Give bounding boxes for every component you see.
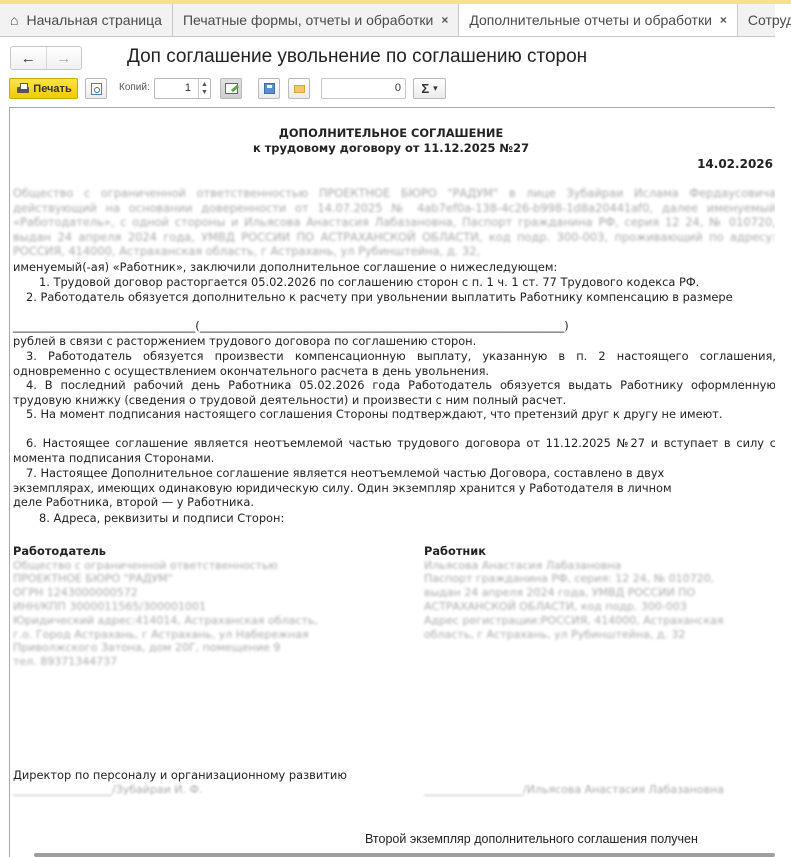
employee-block: Работник Ильясова Анастасия Лабазановна … xyxy=(424,544,774,641)
clause-2-cont: рублей в связи с расторжением трудового … xyxy=(13,334,476,349)
arrow-right-icon: → xyxy=(56,50,71,67)
tab-label: Печатные формы, отчеты и обработки xyxy=(183,12,433,28)
horizontal-scrollbar[interactable] xyxy=(34,853,775,857)
preview-icon xyxy=(91,83,102,95)
chevron-down-icon: ▾ xyxy=(433,83,438,94)
tab-label: Сотрудники xyxy=(748,12,791,28)
clause-7: 7. Настоящее Дополнительное соглашение я… xyxy=(13,466,693,510)
print-label: Печать xyxy=(33,83,71,95)
home-icon: ⌂ xyxy=(10,12,18,28)
preview-button[interactable] xyxy=(85,78,107,99)
employee-title: Работник xyxy=(424,544,774,559)
sigma-icon: Σ xyxy=(421,81,429,96)
edit-icon xyxy=(225,83,238,94)
close-icon[interactable]: × xyxy=(441,13,448,27)
navigation-buttons: ← → xyxy=(10,46,82,70)
clause-5: 5. На момент подписания настоящего согла… xyxy=(13,407,775,422)
clause-6: 6. Настоящее соглашение является неотъем… xyxy=(13,436,775,465)
preamble-redacted: Общество с ограниченной ответственностью… xyxy=(13,186,775,259)
arrow-left-icon: ← xyxy=(21,50,36,67)
document-date: 14.02.2026 xyxy=(697,157,773,172)
edit-mode-button[interactable] xyxy=(220,78,242,99)
clause-2: 2. Работодатель обязуется дополнительно … xyxy=(13,290,775,305)
clause-3: 3. Работодатель обязуется произвести ком… xyxy=(13,349,775,378)
tab-employees[interactable]: Сотрудники xyxy=(738,4,791,36)
employer-block: Работодатель Общество с ограниченной отв… xyxy=(13,544,413,669)
print-button[interactable]: Печать xyxy=(9,78,78,99)
document-heading: ДОПОЛНИТЕЛЬНОЕ СОГЛАШЕНИЕ xyxy=(13,126,769,141)
copies-spinner[interactable]: ▲ ▼ xyxy=(198,79,210,98)
tab-additional-reports[interactable]: Дополнительные отчеты и обработки × xyxy=(459,4,738,36)
page-title: Доп соглашение увольнение по соглашению … xyxy=(127,46,587,68)
tab-print-forms[interactable]: Печатные формы, отчеты и обработки × xyxy=(173,4,459,36)
save-button[interactable] xyxy=(258,78,280,99)
employee-signature-redacted: __________________/Ильясова Анастасия Ла… xyxy=(424,783,724,798)
clause-1: 1. Трудовой договор расторгается 05.02.2… xyxy=(26,275,699,290)
signer-role: Директор по персоналу и организационному… xyxy=(13,768,347,783)
back-button[interactable]: ← xyxy=(11,47,47,69)
spreadsheet-document-viewer[interactable]: ДОПОЛНИТЕЛЬНОЕ СОГЛАШЕНИЕ к трудовому до… xyxy=(9,107,775,857)
printer-icon xyxy=(17,83,29,94)
tab-label: Начальная страница xyxy=(26,12,161,28)
employer-details-redacted: Общество с ограниченной ответственностью… xyxy=(13,559,413,669)
clause-4: 4. В последний рабочий день Работника 05… xyxy=(13,378,775,407)
forward-button[interactable]: → xyxy=(47,47,82,69)
floppy-icon xyxy=(264,83,275,94)
send-email-button[interactable] xyxy=(288,78,310,99)
tab-label: Дополнительные отчеты и обработки xyxy=(469,12,712,28)
sum-dropdown-button[interactable]: Σ ▾ xyxy=(413,78,446,99)
close-icon[interactable]: × xyxy=(720,13,727,27)
employer-title: Работодатель xyxy=(13,544,413,559)
employer-signature-redacted: __________________/Зубайраи И. Ф. xyxy=(13,783,203,798)
envelope-icon xyxy=(294,85,305,93)
tab-bar: ⌂ Начальная страница Печатные формы, отч… xyxy=(0,4,775,37)
copies-label: Копий: xyxy=(119,82,150,93)
document-subheading: к трудовому договору от 11.12.2025 №27 xyxy=(13,141,769,156)
spin-down-icon[interactable]: ▼ xyxy=(201,89,208,97)
sum-field[interactable]: 0 xyxy=(321,78,406,99)
tab-home[interactable]: ⌂ Начальная страница xyxy=(0,4,173,36)
amount-blank: ________________________________(_______… xyxy=(13,319,569,334)
preamble-visible: именуемый(-ая) «Работник», заключили доп… xyxy=(13,260,557,275)
preamble: Общество с ограниченной ответственностью… xyxy=(13,186,775,259)
clause-8: 8. Адреса, реквизиты и подписи Сторон: xyxy=(26,511,284,526)
toolbar: Печать Копий: 1 ▲ ▼ 0 Σ ▾ xyxy=(0,78,775,102)
employee-details-redacted: Ильясова Анастасия Лабазановна Паспорт г… xyxy=(424,559,774,642)
spin-up-icon[interactable]: ▲ xyxy=(201,81,208,89)
received-note: Второй экземпляр дополнительного соглаше… xyxy=(365,832,698,847)
